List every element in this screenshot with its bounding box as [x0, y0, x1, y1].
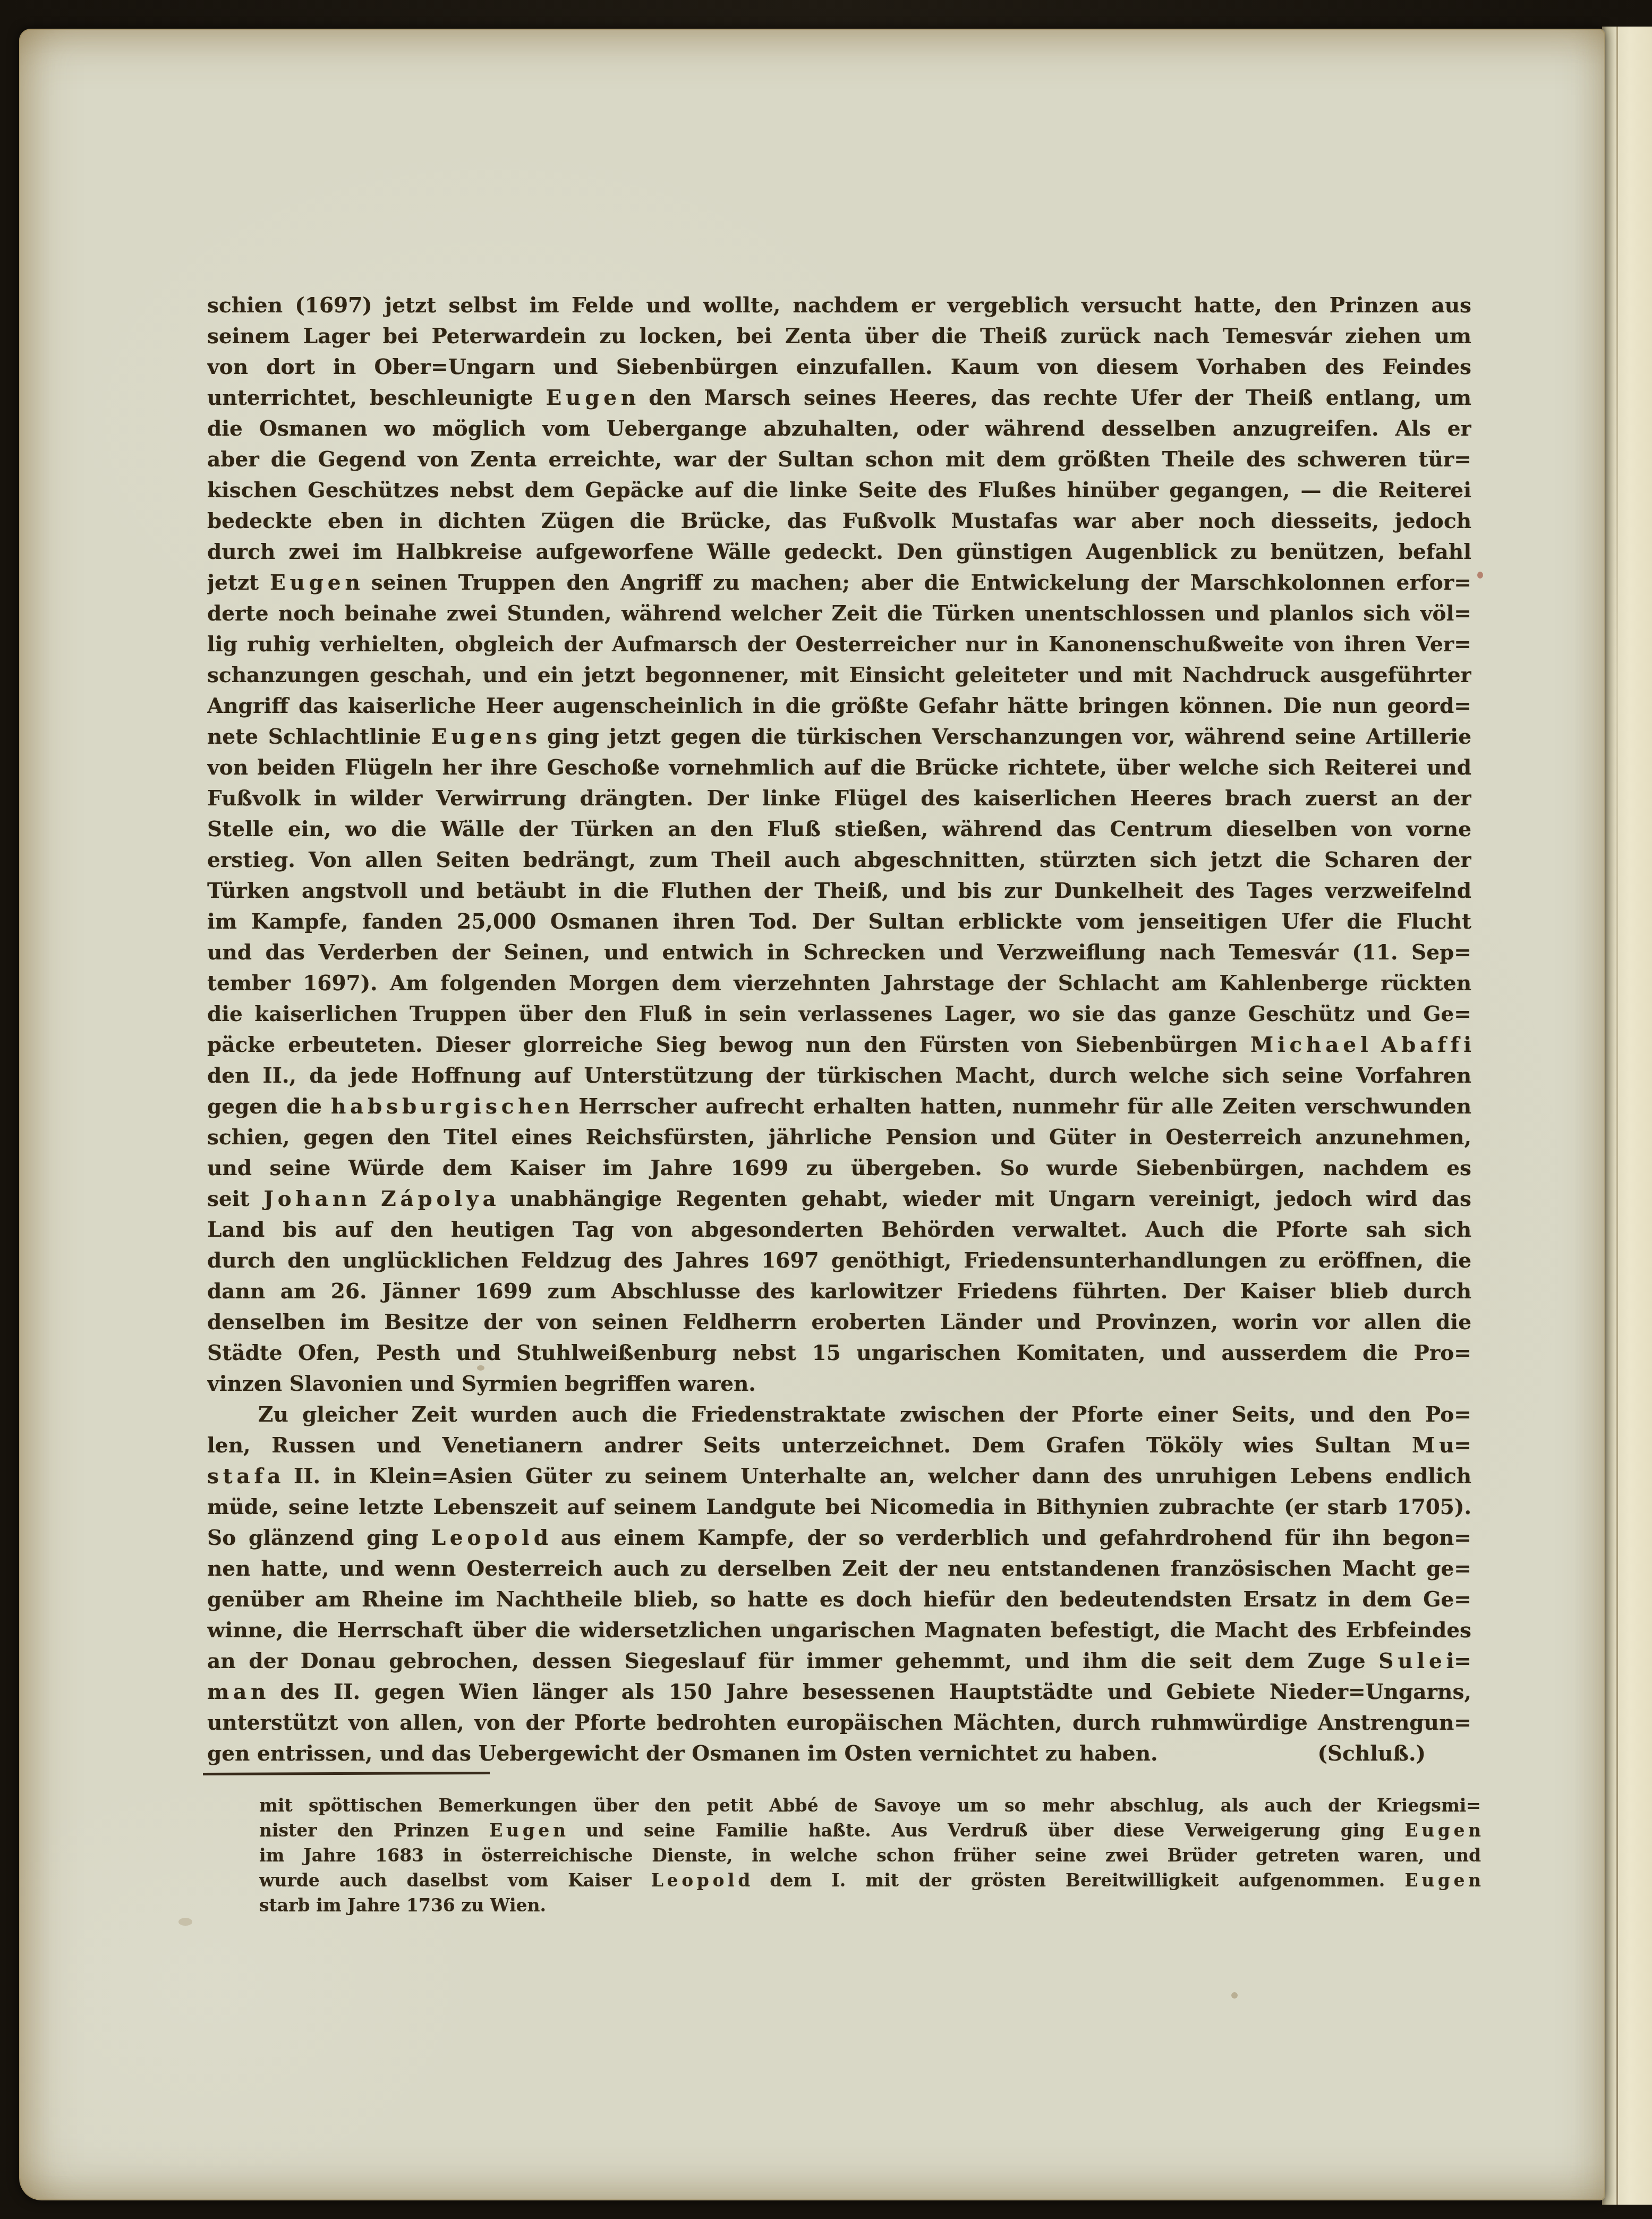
text-line: nen hatte, und wenn Oesterreich auch zu … — [207, 1553, 1471, 1584]
schluss-label: (Schluß.) — [1317, 1738, 1426, 1769]
text-line: Stelle ein, wo die Wälle der Türken an d… — [207, 814, 1471, 845]
text-line: die kaiserlichen Truppen über den Fluß i… — [207, 999, 1471, 1030]
text-line: derte noch beinahe zwei Stunden, während… — [207, 598, 1471, 629]
text-line: tember 1697). Am folgenden Morgen dem vi… — [207, 968, 1471, 999]
text-line: aber die Gegend von Zenta erreichte, war… — [207, 444, 1471, 475]
closing-text: gen entrissen, und das Uebergewicht der … — [207, 1738, 1158, 1769]
text-line: müde, seine letzte Lebenszeit auf seinem… — [207, 1492, 1471, 1523]
text-line: denselben im Besitze der von seinen Feld… — [207, 1307, 1471, 1338]
text-line: Zu gleicher Zeit wurden auch die Frieden… — [207, 1399, 1471, 1430]
text-line: im Jahre 1683 in österreichische Dienste… — [259, 1843, 1481, 1868]
text-line: und das Verderben der Seinen, und entwic… — [207, 937, 1471, 968]
text-line: Türken angstvoll und betäubt in die Flut… — [207, 875, 1471, 906]
text-line: bedeckte eben in dichten Zügen die Brück… — [207, 506, 1471, 537]
text-line: schien, gegen den Titel eines Reichsfürs… — [207, 1122, 1471, 1153]
text-line: seinem Lager bei Peterwardein zu locken,… — [207, 321, 1471, 352]
text-line: winne, die Herrschaft über die widersetz… — [207, 1615, 1471, 1646]
text-line: kischen Geschützes nebst dem Gepäcke auf… — [207, 475, 1471, 506]
text-line: unterrichtet, beschleunigte E u g e n de… — [207, 382, 1471, 413]
text-line: von beiden Flügeln her ihre Geschoße vor… — [207, 752, 1471, 783]
closing-line: gen entrissen, und das Uebergewicht der … — [207, 1738, 1471, 1769]
text-line: seit J o h a n n Z á p o l y a unabhängi… — [207, 1184, 1471, 1214]
text-line: s t a f a II. in Klein=Asien Güter zu se… — [207, 1461, 1471, 1492]
text-line: die Osmanen wo möglich vom Uebergange ab… — [207, 413, 1471, 444]
next-page-edge — [1602, 27, 1652, 2205]
text-line: von dort in Ober=Ungarn und Siebenbürgen… — [207, 352, 1471, 382]
text-line: gegen die h a b s b u r g i s c h e n He… — [207, 1091, 1471, 1122]
text-line: So glänzend ging L e o p o l d aus einem… — [207, 1523, 1471, 1553]
text-line: genüber am Rheine im Nachtheile blieb, s… — [207, 1584, 1471, 1615]
text-line: Angriff das kaiserliche Heer augenschein… — [207, 691, 1471, 721]
paper-stain — [1477, 572, 1483, 579]
text-line: Städte Ofen, Pesth und Stuhlweißenburg n… — [207, 1338, 1471, 1368]
text-line: nister den Prinzen E u g e n und seine F… — [259, 1818, 1481, 1843]
main-text-lines: schien (1697) jetzt selbst im Felde und … — [207, 290, 1471, 1738]
main-text: schien (1697) jetzt selbst im Felde und … — [207, 290, 1471, 1769]
text-line: schien (1697) jetzt selbst im Felde und … — [207, 290, 1471, 321]
text-line: nete Schlachtlinie E u g e n s ging jetz… — [207, 721, 1471, 752]
text-line: len, Russen und Venetianern andrer Seits… — [207, 1430, 1471, 1461]
text-line: Land bis auf den heutigen Tag von abgeso… — [207, 1214, 1471, 1245]
text-line: vinzen Slavonien und Syrmien begriffen w… — [207, 1368, 1471, 1399]
text-line: m a n des II. gegen Wien länger als 150 … — [207, 1677, 1471, 1707]
paper-stain — [178, 1918, 192, 1926]
text-line: unterstützt von allen, von der Pforte be… — [207, 1707, 1471, 1738]
text-line: lig ruhig verhielten, obgleich der Aufma… — [207, 629, 1471, 660]
text-line: durch zwei im Halbkreise aufgeworfene Wä… — [207, 537, 1471, 567]
text-line: und seine Würde dem Kaiser im Jahre 1699… — [207, 1153, 1471, 1184]
text-line: Fußvolk in wilder Verwirrung drängten. D… — [207, 783, 1471, 814]
text-line: mit spöttischen Bemerkungen über den pet… — [259, 1793, 1481, 1818]
text-line: starb im Jahre 1736 zu Wien. — [259, 1893, 1481, 1918]
paper-stain — [1231, 1992, 1238, 1999]
text-line: dann am 26. Jänner 1699 zum Abschlusse d… — [207, 1276, 1471, 1307]
text-line: an der Donau gebrochen, dessen Siegeslau… — [207, 1646, 1471, 1677]
text-line: jetzt E u g e n seinen Truppen den Angri… — [207, 567, 1471, 598]
text-line: päcke erbeuteten. Dieser glorreiche Sieg… — [207, 1030, 1471, 1060]
footnote-text: mit spöttischen Bemerkungen über den pet… — [259, 1793, 1481, 1918]
page-crease — [1616, 27, 1618, 2205]
text-line: wurde auch daselbst vom Kaiser L e o p o… — [259, 1868, 1481, 1893]
text-line: den II., da jede Hoffnung auf Unterstütz… — [207, 1060, 1471, 1091]
text-line: im Kampfe, fanden 25,000 Osmanen ihren T… — [207, 906, 1471, 937]
footnote-separator — [203, 1772, 490, 1775]
text-line: durch den unglücklichen Feldzug des Jahr… — [207, 1245, 1471, 1276]
text-line: erstieg. Von allen Seiten bedrängt, zum … — [207, 845, 1471, 875]
book-page: schien (1697) jetzt selbst im Felde und … — [19, 29, 1605, 2200]
footnote-lines: mit spöttischen Bemerkungen über den pet… — [259, 1793, 1481, 1918]
text-line: schanzungen geschah, und ein jetzt begon… — [207, 660, 1471, 691]
